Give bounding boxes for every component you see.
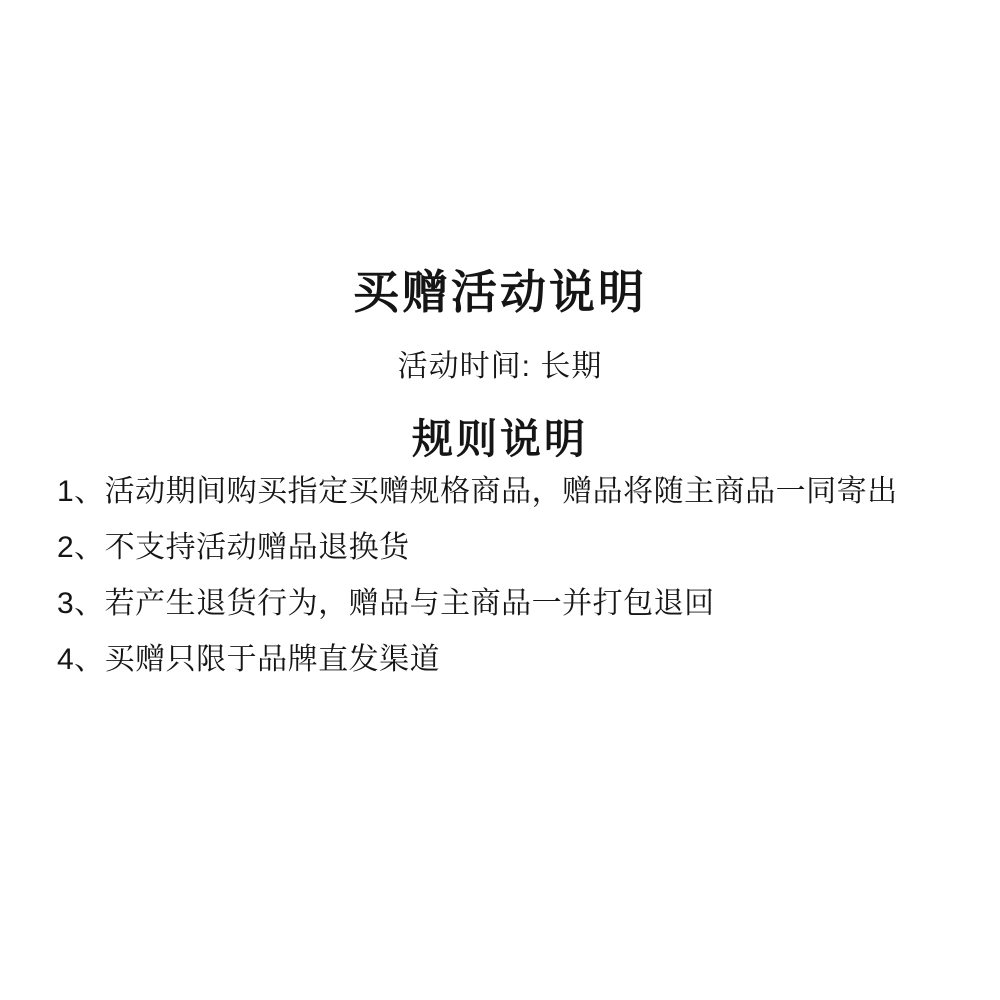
rule-item-2: 2、不支持活动赠品退换货 — [57, 533, 980, 563]
rule-item-3: 3、若产生退货行为，赠品与主商品一并打包退回 — [57, 589, 980, 619]
rules-list: 1、活动期间购买指定买赠规格商品，赠品将随主商品一同寄出 2、不支持活动赠品退换… — [57, 477, 980, 701]
rules-heading: 规则说明 — [0, 406, 1000, 465]
rule-item-4: 4、买赠只限于品牌直发渠道 — [57, 645, 980, 675]
page-title: 买赠活动说明 — [0, 256, 1000, 322]
rule-item-1: 1、活动期间购买指定买赠规格商品，赠品将随主商品一同寄出 — [57, 477, 980, 507]
event-time-subtitle: 活动时间: 长期 — [0, 341, 1000, 385]
